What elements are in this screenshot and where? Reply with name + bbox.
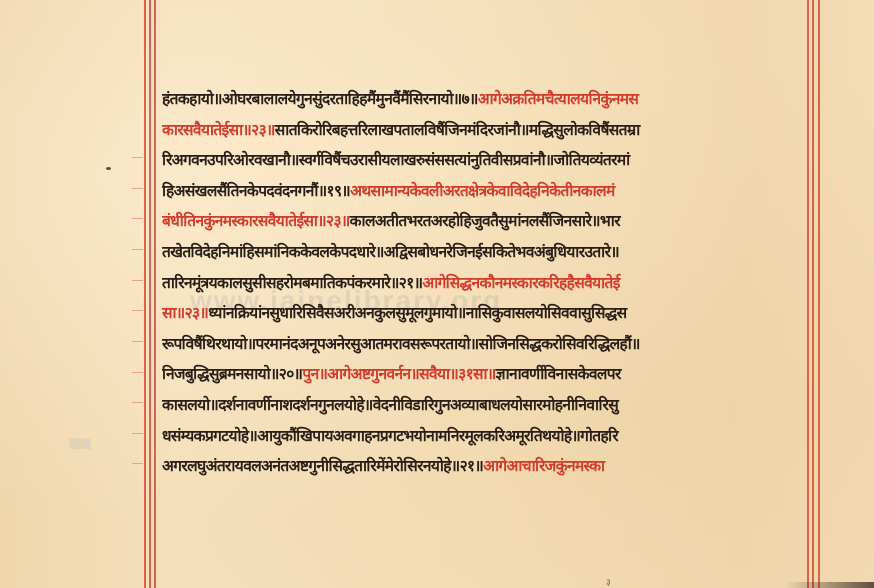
manuscript-text: हंतकहायो॥ओघरबालालयेगुनसुंदरताहिहमैंमुनवै…	[162, 84, 814, 482]
folio-number: ३	[606, 575, 612, 588]
text-line-10: निजबुद्धिसुब्रमनसायो॥२०॥पुन॥आगेअष्टगुनवर…	[162, 359, 814, 390]
text-line-2: कारसवैयातेईसा॥२३॥सातकिरोरिबहत्तरिलाखपताल…	[162, 115, 814, 146]
margin-tick	[132, 218, 143, 219]
rubric-segment: आगेआचारिजकुंनमस्का	[483, 457, 604, 475]
text-segment: धसंम्यकप्रगटयोहे॥आयुकौंखिपायअवगाहनप्रगटभ…	[162, 427, 618, 445]
rubric-segment: आगेसिद्धनकौनमस्कारकरिहहैसवैयातेई	[422, 274, 619, 292]
text-segment: अगरलघुअंतरायवलअनंतअष्टगुनीसिद्धतारिमेंमे…	[162, 457, 483, 475]
margin-tick	[132, 433, 143, 434]
margin-tick	[132, 310, 143, 311]
margin-tick	[132, 372, 143, 373]
margin-tick	[132, 280, 143, 281]
faint-margin-stamp: ▒▒▒	[58, 440, 102, 452]
left-border-rule	[144, 0, 146, 588]
text-segment: तखेतविदेहनिमांहिसमांनिककेवलकेपदधारे॥अद्व…	[162, 243, 619, 261]
rubric-segment: अथसामान्यकेवलीअरतक्षेत्रकेवाविदेहनिकेतीन…	[350, 182, 615, 200]
text-line-13: अगरलघुअंतरायवलअनंतअष्टगुनीसिद्धतारिमेंमे…	[162, 451, 814, 482]
right-border-rule	[818, 0, 820, 588]
left-border-rule	[154, 0, 156, 588]
page-edge-shadow	[784, 582, 874, 588]
text-line-11: कासलयो॥दर्शनावर्णीनाशदर्शनगुनलयोहे॥वेदनी…	[162, 390, 814, 421]
text-line-3: रिअगवनउपरिओरवखानौ॥स्वर्गविषैंचउरासीयलाखर…	[162, 145, 814, 176]
text-segment: हिअसंखलसैंतिनकेपदवंदनगनौं॥१९॥	[162, 182, 350, 200]
text-line-1: हंतकहायो॥ओघरबालालयेगुनसुंदरताहिहमैंमुनवै…	[162, 84, 814, 115]
margin-tick	[132, 249, 143, 250]
text-segment: ज्ञानावर्णीविनासकेवलपर	[496, 365, 621, 383]
rubric-segment: बंधीतिनकुंनमस्कारसवैयातेईसा॥२३॥	[162, 212, 350, 230]
rubric-segment: पुन॥आगेअष्टगुनवर्नन॥सवैया॥३१सा॥	[302, 365, 495, 383]
margin-tick	[132, 341, 143, 342]
margin-tick	[132, 188, 143, 189]
text-line-12: धसंम्यकप्रगटयोहे॥आयुकौंखिपायअवगाहनप्रगटभ…	[162, 421, 814, 452]
margin-tick	[132, 402, 143, 403]
text-line-7: तारिनमूंत्रयकालसुसीसहरोमबमातिकपंकरमारे॥२…	[162, 268, 814, 299]
text-segment: रूपविषैंथिरथायो॥परमानंदअनूपअनेरसुआतमरावस…	[162, 335, 640, 353]
ink-speck	[106, 167, 111, 170]
text-segment: तारिनमूंत्रयकालसुसीसहरोमबमातिकपंकरमारे॥२…	[162, 274, 422, 292]
text-line-6: तखेतविदेहनिमांहिसमांनिककेवलकेपदधारे॥अद्व…	[162, 237, 814, 268]
manuscript-page: www.jainelibrary.org हंतकहायो॥ओघरबालालये…	[0, 0, 874, 588]
text-segment: निजबुद्धिसुब्रमनसायो॥२०॥	[162, 365, 302, 383]
left-border-rule	[149, 0, 151, 588]
text-segment: ध्यांनक्रियांनसुधारिसिवैसअरीअनकुलसुमूलगु…	[208, 304, 626, 322]
margin-tick	[132, 157, 143, 158]
rubric-segment: कारसवैयातेईसा॥२३॥	[162, 121, 275, 139]
text-line-8: सा॥२३॥ध्यांनक्रियांनसुधारिसिवैसअरीअनकुलस…	[162, 298, 814, 329]
rubric-segment: सा॥२३॥	[162, 304, 208, 322]
text-segment: हंतकहायो॥ओघरबालालयेगुनसुंदरताहिहमैंमुनवै…	[162, 90, 478, 108]
margin-tick	[132, 463, 143, 464]
text-segment: कासलयो॥दर्शनावर्णीनाशदर्शनगुनलयोहे॥वेदनी…	[162, 396, 618, 414]
text-segment: सातकिरोरिबहत्तरिलाखपतालविषैंजिनमंदिरजांन…	[275, 121, 640, 139]
text-line-4: हिअसंखलसैंतिनकेपदवंदनगनौं॥१९॥अथसामान्यके…	[162, 176, 814, 207]
text-segment: कालअतीतभरतअरहोहिजुवतैसुमांनलसैंजिनसारे॥भ…	[350, 212, 620, 230]
text-line-9: रूपविषैंथिरथायो॥परमानंदअनूपअनेरसुआतमरावस…	[162, 329, 814, 360]
text-segment: रिअगवनउपरिओरवखानौ॥स्वर्गविषैंचउरासीयलाखर…	[162, 151, 630, 169]
rubric-segment: आगेअक्रतिमचैत्यालयनिकुंनमस	[478, 90, 639, 108]
text-line-5: बंधीतिनकुंनमस्कारसवैयातेईसा॥२३॥कालअतीतभर…	[162, 206, 814, 237]
